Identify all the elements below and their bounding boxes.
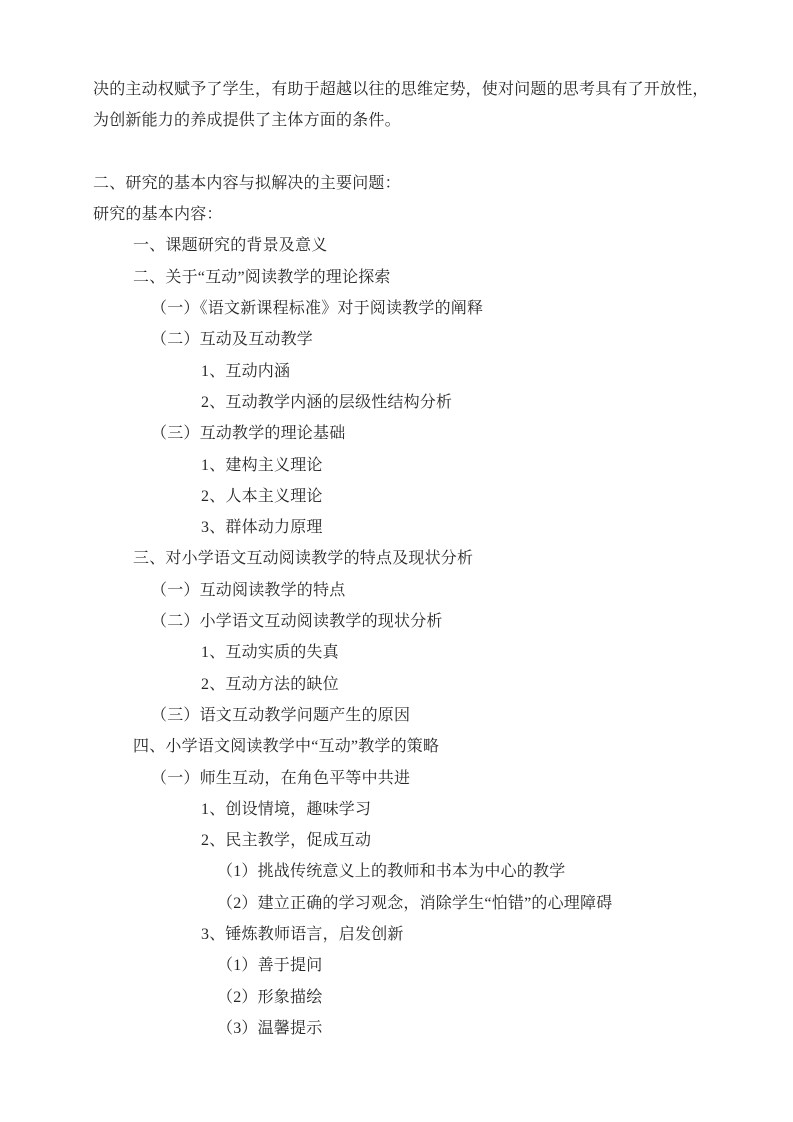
text-line: 2、互动方法的缺位 bbox=[93, 669, 703, 700]
text-line: 2、人本主义理论 bbox=[93, 481, 703, 512]
text-line: 研究的基本内容： bbox=[93, 199, 703, 230]
text-line: 二、关于“互动”阅读教学的理论探索 bbox=[93, 262, 703, 293]
text-line: （一）互动阅读教学的特点 bbox=[93, 575, 703, 606]
document-page: 决的主动权赋予了学生，有助于超越以往的思维定势，使对问题的思考具有了开放性，为创… bbox=[0, 0, 793, 1122]
text-line: 3、群体动力原理 bbox=[93, 512, 703, 543]
text-line: （1）挑战传统意义上的教师和书本为中心的教学 bbox=[93, 856, 703, 887]
text-line: （三）互动教学的理论基础 bbox=[93, 418, 703, 449]
text-line: （2）建立正确的学习观念，消除学生“怕错”的心理障碍 bbox=[93, 888, 703, 919]
text-line: 1、创设情境，趣味学习 bbox=[93, 794, 703, 825]
blank-line bbox=[93, 137, 703, 168]
text-line: 1、互动实质的失真 bbox=[93, 637, 703, 668]
text-line: （三）语文互动教学问题产生的原因 bbox=[93, 700, 703, 731]
text-line: 2、互动教学内涵的层级性结构分析 bbox=[93, 387, 703, 418]
text-line: （二）小学语文互动阅读教学的现状分析 bbox=[93, 606, 703, 637]
text-line: 一、课题研究的背景及意义 bbox=[93, 230, 703, 261]
text-line: （1）善于提问 bbox=[93, 950, 703, 981]
text-line: 决的主动权赋予了学生，有助于超越以往的思维定势，使对问题的思考具有了开放性， bbox=[93, 74, 703, 105]
text-line: 二、研究的基本内容与拟解决的主要问题： bbox=[93, 168, 703, 199]
text-line: 1、建构主义理论 bbox=[93, 450, 703, 481]
text-line: （一）《语文新课程标准》对于阅读教学的阐释 bbox=[93, 293, 703, 324]
text-line: （2）形象描绘 bbox=[93, 982, 703, 1013]
text-line: 四、小学语文阅读教学中“互动”教学的策略 bbox=[93, 731, 703, 762]
text-line: 1、互动内涵 bbox=[93, 356, 703, 387]
text-line: 2、民主教学，促成互动 bbox=[93, 825, 703, 856]
text-line: 3、锤炼教师语言，启发创新 bbox=[93, 919, 703, 950]
document-outline: 决的主动权赋予了学生，有助于超越以往的思维定势，使对问题的思考具有了开放性，为创… bbox=[93, 74, 703, 1044]
text-line: （3）温馨提示 bbox=[93, 1013, 703, 1044]
text-line: （二）互动及互动教学 bbox=[93, 324, 703, 355]
text-line: 三、对小学语文互动阅读教学的特点及现状分析 bbox=[93, 543, 703, 574]
text-line: （一）师生互动，在角色平等中共进 bbox=[93, 763, 703, 794]
text-line: 为创新能力的养成提供了主体方面的条件。 bbox=[93, 105, 703, 136]
